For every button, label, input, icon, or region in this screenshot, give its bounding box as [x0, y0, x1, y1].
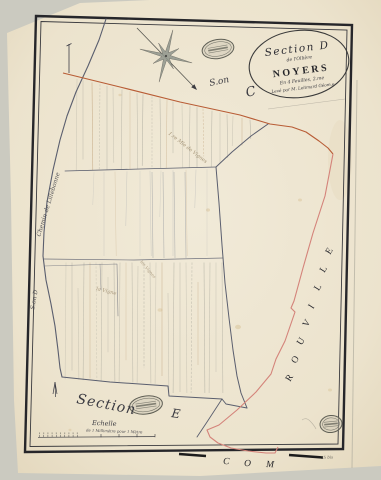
com-letter: M [265, 460, 275, 470]
scale-bar-numeral-mark [73, 433, 74, 434]
boundary-arrow-stem [55, 382, 56, 397]
com-letter: C [223, 457, 230, 467]
scale-title: Echelle [91, 419, 117, 428]
scale-bar-numeral-mark [64, 433, 65, 434]
scale-bar-numeral-mark [60, 433, 61, 434]
cadastral-map: Section D de l'Ollière NOYERS En 4 Feuil… [0, 0, 381, 480]
scale-bar-numeral-mark [39, 433, 40, 434]
scale-bar-numeral-mark [56, 433, 57, 434]
scale-bar-numeral-mark [52, 433, 53, 434]
compass-center-dot [165, 55, 167, 57]
scale-bar-numeral-mark [43, 433, 44, 434]
com-letter: O [244, 459, 251, 469]
scale-bar-numeral-mark [47, 433, 48, 434]
scale-bar-numeral-mark [77, 433, 78, 434]
scanned-map-page: Section D de l'Ollière NOYERS En 4 Feuil… [0, 0, 381, 480]
scale-bar-numeral-mark [68, 433, 69, 434]
archive-note: 25 bis [320, 454, 334, 460]
